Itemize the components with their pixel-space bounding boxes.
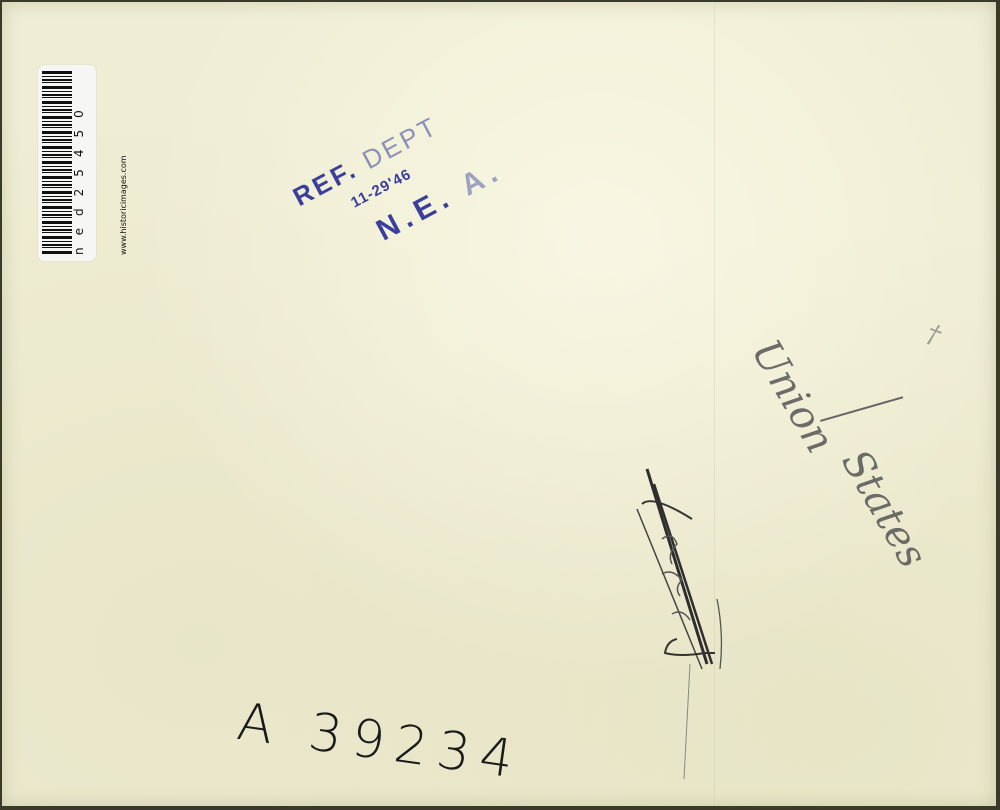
handwriting-slash — [820, 396, 903, 422]
stamp-dept: DEPT — [357, 110, 443, 175]
barcode-code: ned25450 — [72, 59, 86, 255]
barcode-url: www.historicimages.com — [119, 155, 128, 255]
barcode-label: ned25450 www.historicimages.com — [38, 65, 96, 261]
handwriting-mark: † — [922, 319, 944, 352]
handwritten-archive-number: A 39234 — [234, 692, 527, 791]
stamp-nea: N.E. A. — [371, 154, 508, 249]
stamp-a: A. — [455, 154, 508, 203]
crossed-out-scribble — [632, 464, 732, 784]
handwriting-union: Union — [742, 332, 843, 461]
barcode-icon — [42, 71, 72, 255]
photo-back-paper: ned25450 www.historicimages.com REF. DEP… — [2, 2, 996, 806]
ref-dept-stamp: REF. DEPT 11-29'46 N.E. A. — [255, 16, 552, 301]
handwriting-states: States — [832, 442, 936, 576]
